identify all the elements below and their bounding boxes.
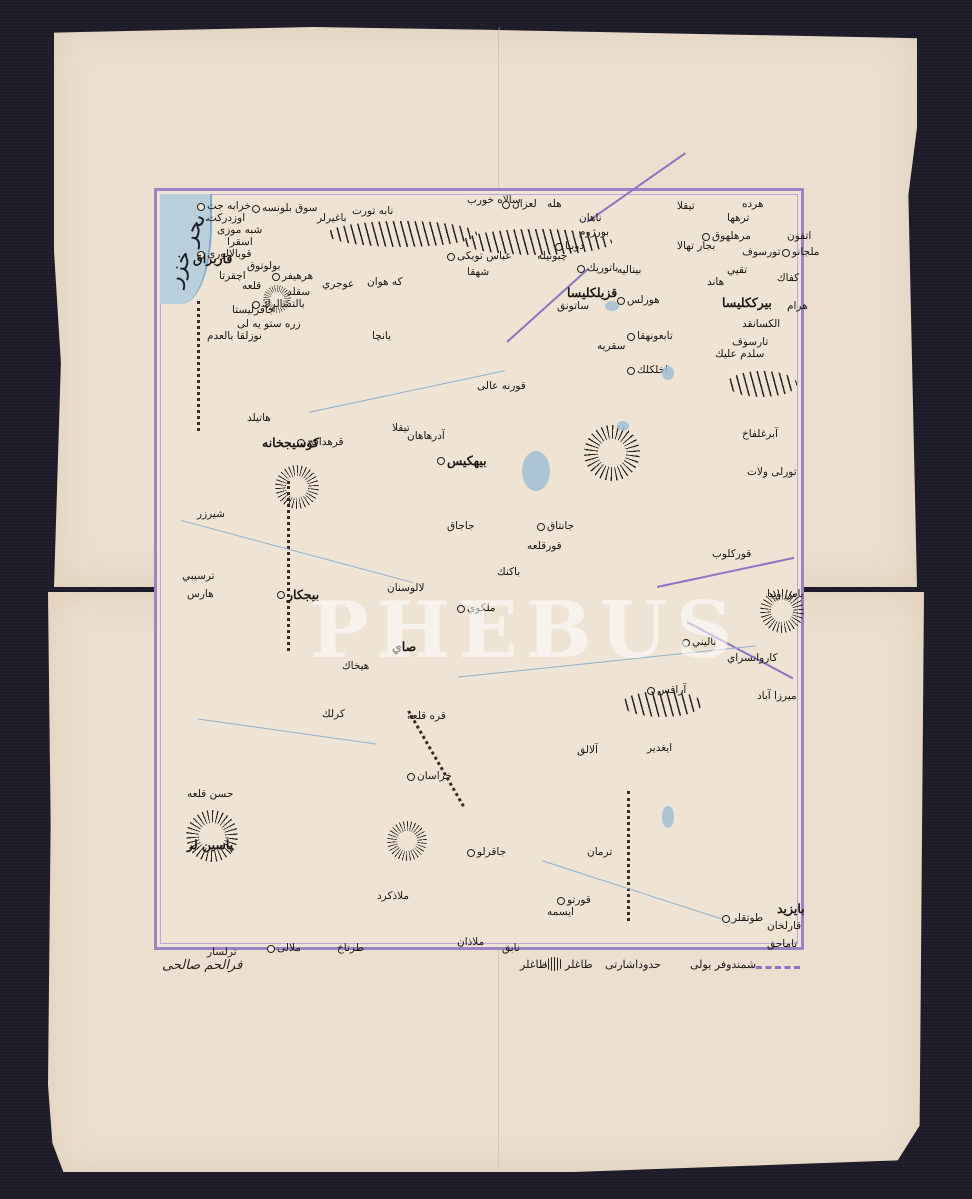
river bbox=[198, 718, 376, 744]
place-label: نابه تورت bbox=[352, 206, 393, 217]
mountain-ridge-icon bbox=[462, 229, 612, 255]
place-label: هاند bbox=[707, 277, 724, 288]
town-marker-icon bbox=[627, 333, 635, 341]
town-marker-icon bbox=[272, 273, 280, 281]
town-marker-icon bbox=[722, 915, 730, 923]
town-marker-icon bbox=[267, 945, 275, 953]
legend-mountains-word: ظاغلر bbox=[520, 958, 548, 971]
place-label: تورلى ولات bbox=[747, 467, 797, 478]
legend-mountains-label: طاغلر bbox=[565, 958, 593, 971]
border-line bbox=[197, 301, 200, 431]
town-marker-icon bbox=[557, 897, 565, 905]
place-label: قزيلكليسا bbox=[567, 287, 617, 300]
frontier-line bbox=[657, 557, 794, 588]
cartographer-signature: فرالحم صالحى bbox=[162, 958, 242, 973]
place-label: شيرزر bbox=[197, 509, 225, 520]
place-label: هارس bbox=[187, 589, 214, 600]
place-label: اوزدرکت bbox=[207, 213, 245, 224]
mountain-peak-icon bbox=[584, 425, 640, 481]
place-label: شبه موزی bbox=[217, 225, 262, 236]
place-label: آبرغلفاخ bbox=[742, 429, 778, 440]
lake-icon bbox=[662, 806, 674, 828]
place-label: هرام bbox=[787, 301, 808, 312]
lake-icon bbox=[605, 301, 619, 311]
place-label: قارلخان bbox=[767, 921, 801, 932]
town-marker-icon bbox=[197, 203, 205, 211]
lake-icon bbox=[617, 421, 629, 431]
place-label: تيقلا bbox=[677, 201, 695, 212]
mountain-peak-icon bbox=[275, 465, 319, 509]
place-label: تاماجق bbox=[767, 939, 797, 950]
place-label: اتفون bbox=[787, 231, 811, 242]
lake-icon bbox=[662, 366, 674, 380]
place-label: ملاذان bbox=[457, 937, 484, 948]
place-label: قاربراق bbox=[193, 253, 232, 266]
place-label: ايسمه bbox=[547, 907, 574, 918]
town-marker-icon bbox=[252, 205, 260, 213]
place-label: تابعونهقا bbox=[637, 331, 673, 342]
legend-railway-line bbox=[756, 966, 800, 969]
place-label: تورسوف bbox=[742, 247, 781, 258]
place-label: بيناليه bbox=[617, 265, 641, 276]
town-marker-icon bbox=[577, 265, 585, 273]
place-label: خراسان bbox=[417, 771, 452, 782]
place-label: ميرزا آباد bbox=[757, 691, 797, 702]
place-label: سوق بلونسه bbox=[262, 203, 317, 214]
place-label: باتوريك bbox=[587, 263, 618, 274]
place-label: شهقا bbox=[467, 267, 489, 278]
legend-border-label: حدوداشارتی bbox=[605, 958, 661, 971]
place-label: اسقرا bbox=[227, 237, 253, 248]
town-marker-icon bbox=[437, 457, 445, 465]
place-label: قلعه bbox=[242, 281, 261, 292]
town-marker-icon bbox=[537, 523, 545, 531]
place-label: باغيرلر bbox=[317, 213, 347, 224]
mountain-peak-icon bbox=[263, 285, 291, 313]
place-label: نوزلقا بالعدم bbox=[207, 331, 262, 342]
place-label: قورتو bbox=[567, 895, 591, 906]
place-label: يانچا bbox=[372, 331, 391, 342]
river bbox=[181, 520, 413, 583]
place-label: سقريه bbox=[597, 341, 625, 352]
place-label: هرده bbox=[742, 199, 764, 210]
place-label: ساتونق bbox=[557, 301, 589, 312]
town-marker-icon bbox=[627, 367, 635, 375]
place-label: زره ستو يه لى bbox=[237, 319, 301, 330]
town-marker-icon bbox=[782, 249, 790, 257]
map-frame: بحر خزر خرابه جتاوزدرکتشبه موزیاسقراقوبا… bbox=[154, 188, 804, 950]
place-label: نابق bbox=[502, 943, 520, 954]
place-label: بايزيد bbox=[777, 903, 805, 916]
place-label: خرابه جت bbox=[207, 201, 251, 212]
place-label: تقيي bbox=[727, 265, 747, 276]
place-label: كه هوان bbox=[367, 277, 403, 288]
place-label: جاجاق bbox=[447, 521, 475, 532]
place-label: قورنه عالى bbox=[477, 381, 526, 392]
legend-railway-label: شمندوفر يولى bbox=[690, 958, 756, 971]
place-label: قره قلعه bbox=[407, 711, 446, 722]
place-label: ترمان bbox=[587, 847, 612, 858]
place-label: آدرهاهان bbox=[407, 431, 445, 442]
mountain-peak-icon bbox=[186, 810, 238, 862]
mountain-ridge-icon bbox=[622, 691, 702, 717]
place-label: بيرككليسا bbox=[722, 297, 772, 310]
place-label: لعزان bbox=[512, 199, 537, 210]
town-marker-icon bbox=[467, 849, 475, 857]
town-marker-icon bbox=[407, 773, 415, 781]
mountain-peak-icon bbox=[760, 589, 804, 633]
place-label: ناهان bbox=[579, 213, 602, 224]
place-label: ملالى bbox=[277, 943, 301, 954]
lake-icon bbox=[522, 451, 550, 491]
place-label: ملاذكرد bbox=[377, 891, 409, 902]
place-label: بجار تهالا bbox=[677, 241, 715, 252]
place-label: بيهكيس bbox=[447, 455, 487, 468]
place-label: بولوتوق bbox=[247, 261, 280, 272]
place-label: هله bbox=[547, 199, 562, 210]
place-label: حسن قلعه bbox=[187, 789, 233, 800]
river bbox=[309, 370, 505, 413]
place-label: ملجانو bbox=[792, 247, 819, 258]
mountain-ridge-icon bbox=[327, 221, 477, 247]
place-label: قوركلوب bbox=[712, 549, 751, 560]
place-label: ترسيبي bbox=[182, 571, 215, 582]
mountain-peak-icon bbox=[387, 821, 427, 861]
mountain-ridge-icon bbox=[727, 371, 797, 397]
place-label: كوسيجخانه bbox=[262, 437, 319, 450]
place-label: جانتاق bbox=[547, 521, 574, 532]
place-label: عوجري bbox=[322, 279, 354, 290]
place-label: طوتقلر bbox=[732, 913, 763, 924]
place-label: جاقرلو bbox=[477, 847, 506, 858]
sea-label: بحر خزر bbox=[162, 210, 211, 290]
town-marker-icon bbox=[447, 253, 455, 261]
caspian-sea-area: بحر خزر bbox=[160, 194, 212, 304]
border-line bbox=[627, 791, 630, 921]
place-label: كفاك bbox=[777, 273, 799, 284]
place-label: طرتاخ bbox=[337, 943, 364, 954]
phebus-watermark: PHEBUS bbox=[310, 585, 740, 676]
place-label: هرهيفر bbox=[282, 271, 313, 282]
place-label: تارسوف bbox=[732, 337, 768, 348]
place-label: ترلسار bbox=[207, 947, 237, 958]
place-label: قورقلعه bbox=[527, 541, 562, 552]
place-label: كرلك bbox=[322, 709, 345, 720]
place-label: هاتيلد bbox=[247, 413, 271, 424]
place-label: مرهلهوق bbox=[712, 231, 751, 242]
place-label: آلالق bbox=[577, 745, 598, 756]
border-line bbox=[407, 710, 465, 807]
place-label: باكنك bbox=[497, 567, 520, 578]
town-marker-icon bbox=[502, 201, 510, 209]
place-label: هورلس bbox=[627, 295, 660, 306]
place-label: ايغدير bbox=[647, 743, 672, 754]
place-label: سلدم عليك bbox=[715, 349, 764, 360]
place-label: ترهها bbox=[727, 213, 749, 224]
place-label: الكسانقد bbox=[742, 319, 780, 330]
town-marker-icon bbox=[277, 591, 285, 599]
